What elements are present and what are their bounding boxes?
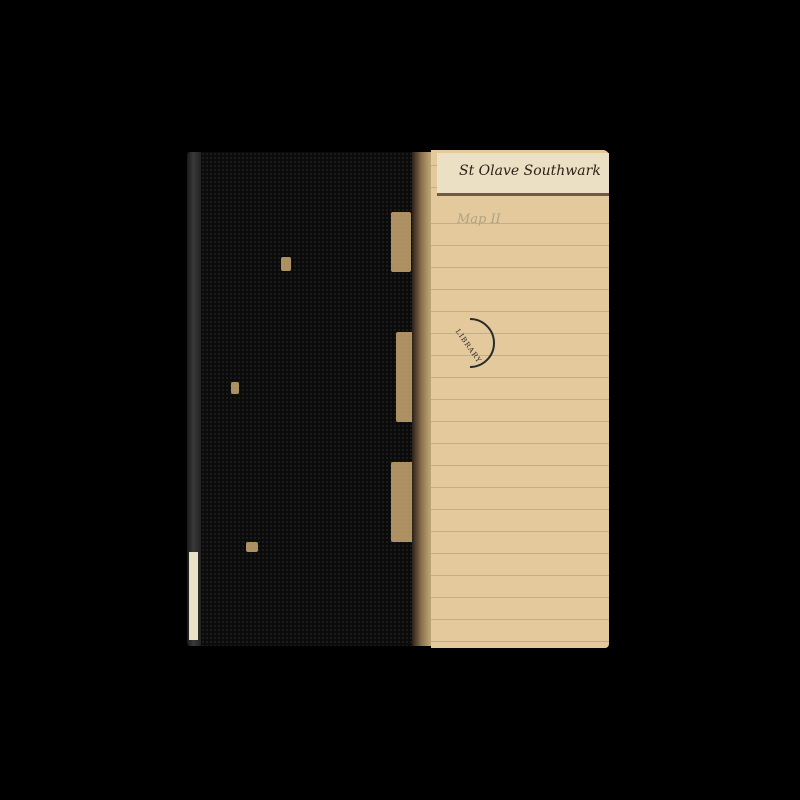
title-label-text: St Olave Southwark <box>459 163 601 179</box>
pencil-note: Map II <box>457 212 501 227</box>
cover-wear-spot <box>231 382 239 394</box>
photo-background: St Olave Southwark Map II LIBRARY <box>0 0 800 800</box>
cover-wear-spot <box>246 542 258 552</box>
title-label: St Olave Southwark <box>437 153 609 196</box>
cover-wear-spot <box>281 257 291 271</box>
spine-shelf-label <box>189 552 198 640</box>
notebook: St Olave Southwark Map II LIBRARY <box>187 150 610 648</box>
worn-black-cover <box>201 152 427 646</box>
cover-wear-spot <box>391 212 411 272</box>
